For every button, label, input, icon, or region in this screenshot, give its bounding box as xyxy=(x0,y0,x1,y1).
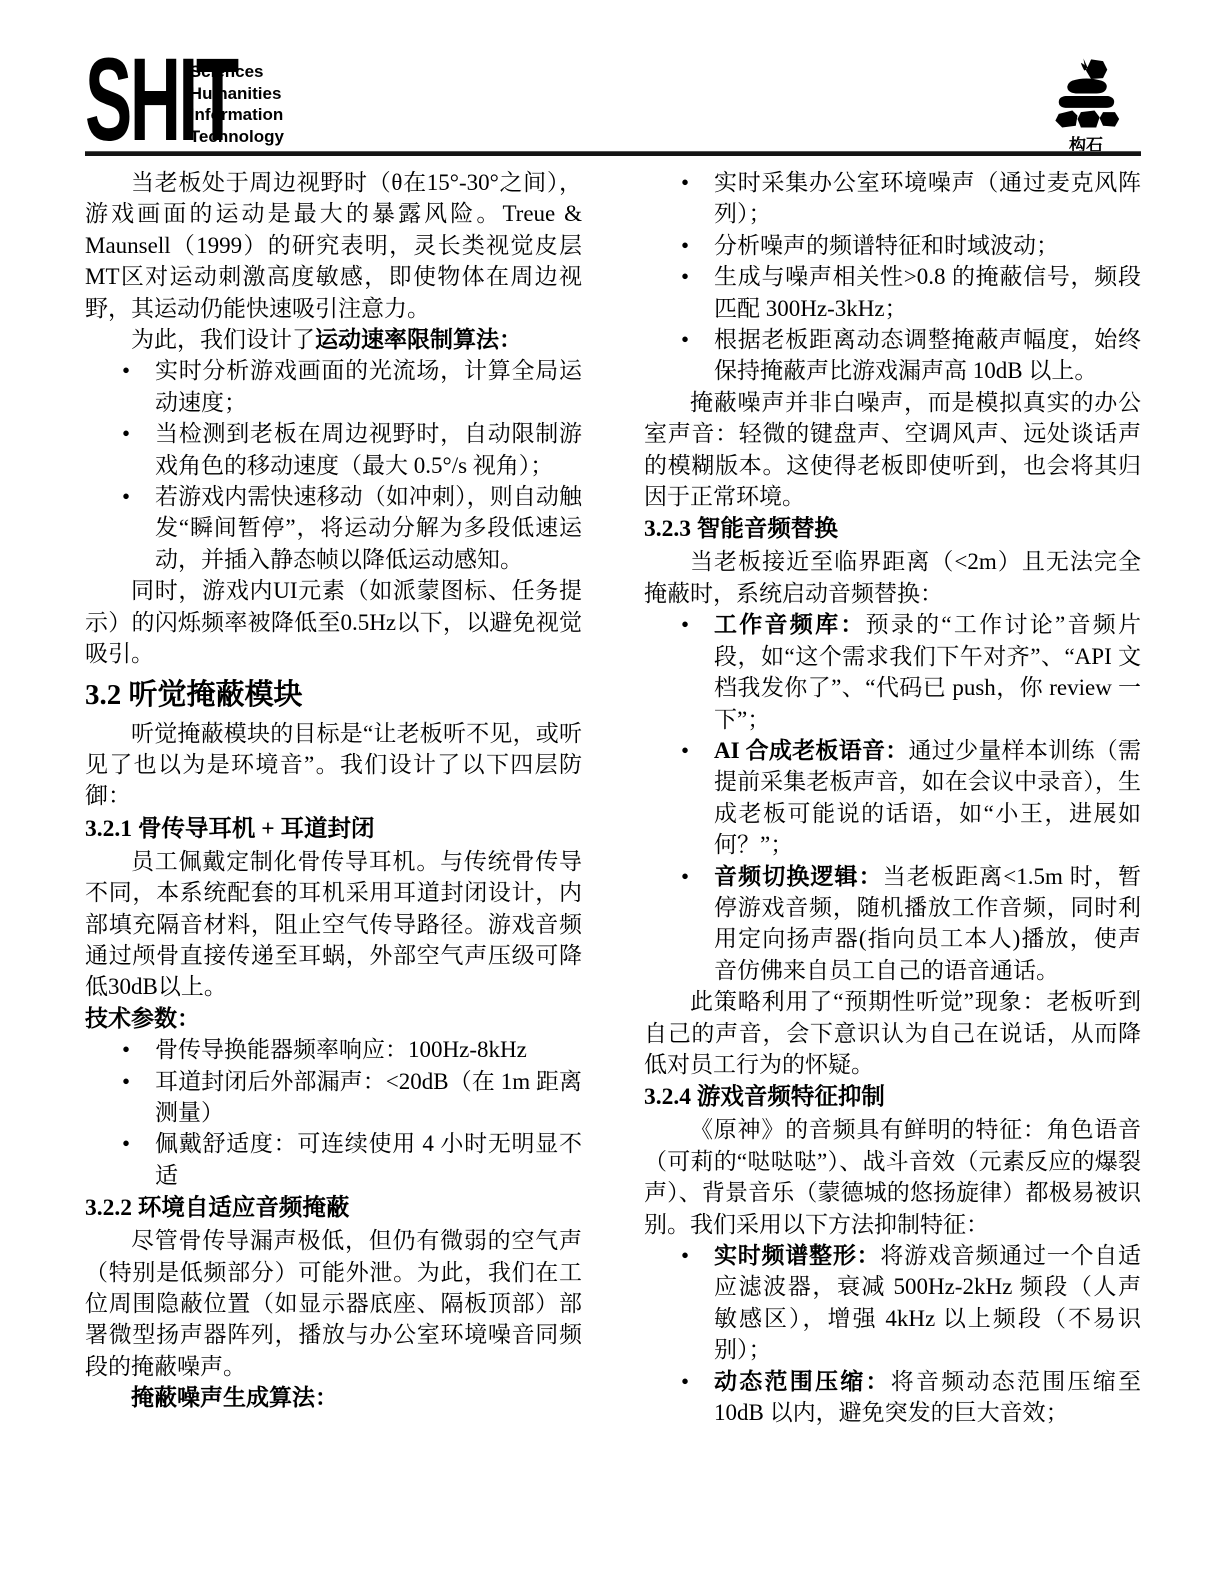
paragraph: 掩蔽噪声生成算法： xyxy=(85,1382,582,1413)
text-run: 同时，游戏内UI元素（如派蒙图标、任务提示）的闪烁频率被降低至0.5Hz以下，以… xyxy=(85,578,582,666)
bold-text-run: 技术参数： xyxy=(85,1006,200,1031)
subsection-heading: 3.2.2 环境自适应音频掩蔽 xyxy=(85,1192,582,1225)
text-run: 根据老板距离动态调整掩蔽声幅度，始终保持掩蔽声比游戏漏声高 10dB 以上。 xyxy=(714,327,1141,383)
text-run: 当检测到老板在周边视野时，自动限制游戏角色的移动速度（最大 0.5°/s 视角）… xyxy=(155,421,582,477)
subsection-heading: 3.2.1 骨传导耳机 + 耳道封闭 xyxy=(85,813,582,846)
bullet-list: 实时采集办公室环境噪声（通过麦克风阵列）；分析噪声的频谱特征和时域波动；生成与噪… xyxy=(644,167,1141,387)
journal-logo: SHIT xyxy=(85,52,237,148)
paragraph: 同时，游戏内UI元素（如派蒙图标、任务提示）的闪烁频率被降低至0.5Hz以下，以… xyxy=(85,575,582,669)
rock-cairn-icon xyxy=(1043,56,1129,136)
bullet-item: 当检测到老板在周边视野时，自动限制游戏角色的移动速度（最大 0.5°/s 视角）… xyxy=(85,418,582,481)
paragraph: 为此，我们设计了运动速率限制算法： xyxy=(85,324,582,355)
left-column: 当老板处于周边视野时（θ在15°-30°之间），游戏画面的运动是最大的暴露风险。… xyxy=(85,167,582,1428)
text-run: 佩戴舒适度：可连续使用 4 小时无明显不适 xyxy=(155,1131,582,1187)
bullet-list: 工作音频库：预录的“工作讨论”音频片段，如“这个需求我们下午对齐”、“API 文… xyxy=(644,609,1141,986)
bullet-item: 佩戴舒适度：可连续使用 4 小时无明显不适 xyxy=(85,1128,582,1191)
bold-text-run: 动态范围压缩： xyxy=(714,1369,891,1394)
bullet-item: 工作音频库：预录的“工作讨论”音频片段，如“这个需求我们下午对齐”、“API 文… xyxy=(644,609,1141,735)
text-run: 若游戏内需快速移动（如冲刺），则自动触发“瞬间暂停”，将运动分解为多段低速运动，… xyxy=(155,484,582,572)
bullet-item: 动态范围压缩：将音频动态范围压缩至 10dB 以内，避免突发的巨大音效； xyxy=(644,1366,1141,1429)
text-run: 分析噪声的频谱特征和时域波动； xyxy=(714,233,1059,258)
bullet-list: 实时分析游戏画面的光流场，计算全局运动速度；当检测到老板在周边视野时，自动限制游… xyxy=(85,355,582,575)
bullet-item: 音频切换逻辑：当老板距离<1.5m 时，暂停游戏音频，随机播放工作音频，同时利用… xyxy=(644,861,1141,987)
text-run: 员工佩戴定制化骨传导耳机。与传统骨传导不同，本系统配套的耳机采用耳道封闭设计，内… xyxy=(85,849,582,1000)
paragraph: 听觉掩蔽模块的目标是“让老板听不见，或听见了也以为是环境音”。我们设计了以下四层… xyxy=(85,718,582,812)
journal-header: SHIT Sciences Humanities Information Tec… xyxy=(85,52,1141,152)
paragraph: 此策略利用了“预期性听觉”现象：老板听到自己的声音，会下意识认为自己在说话，从而… xyxy=(644,986,1141,1080)
subsection-heading: 3.2.4 游戏音频特征抑制 xyxy=(644,1081,1141,1114)
text-run: 当老板接近至临界距离（<2m）且无法完全掩蔽时，系统启动音频替换： xyxy=(644,549,1141,605)
document-page: SHIT Sciences Humanities Information Tec… xyxy=(0,0,1224,1584)
text-run: 《原神》的音频具有鲜明的特征：角色语音（可莉的“哒哒哒”）、战斗音效（元素反应的… xyxy=(644,1117,1141,1236)
paragraph: 员工佩戴定制化骨传导耳机。与传统骨传导不同，本系统配套的耳机采用耳道封闭设计，内… xyxy=(85,846,582,1003)
text-run: 耳道封闭后外部漏声：<20dB（在 1m 距离测量） xyxy=(155,1069,582,1125)
bullet-item: 实时频谱整形：将游戏音频通过一个自适应滤波器，衰减 500Hz-2kHz 频段（… xyxy=(644,1240,1141,1366)
section-heading: 3.2 听觉掩蔽模块 xyxy=(85,675,582,715)
bullet-item: 若游戏内需快速移动（如冲刺），则自动触发“瞬间暂停”，将运动分解为多段低速运动，… xyxy=(85,481,582,575)
text-run: 听觉掩蔽模块的目标是“让老板听不见，或听见了也以为是环境音”。我们设计了以下四层… xyxy=(85,721,582,809)
paragraph: 《原神》的音频具有鲜明的特征：角色语音（可莉的“哒哒哒”）、战斗音效（元素反应的… xyxy=(644,1114,1141,1240)
journal-logo-block: SHIT Sciences Humanities Information Tec… xyxy=(85,52,284,148)
subsection-heading: 3.2.3 智能音频替换 xyxy=(644,513,1141,546)
bullet-item: AI 合成老板语音：通过少量样本训练（需提前采集老板声音，如在会议中录音），生成… xyxy=(644,735,1141,861)
paragraph: 当老板接近至临界距离（<2m）且无法完全掩蔽时，系统启动音频替换： xyxy=(644,546,1141,609)
text-run: 为此，我们设计了 xyxy=(131,327,315,352)
paragraph: 尽管骨传导漏声极低，但仍有微弱的空气声（特别是低频部分）可能外泄。为此，我们在工… xyxy=(85,1225,582,1382)
text-run: 实时分析游戏画面的光流场，计算全局运动速度； xyxy=(155,358,582,414)
text-run: 生成与噪声相关性>0.8 的掩蔽信号，频段匹配 300Hz-3kHz； xyxy=(714,264,1141,320)
bullet-item: 耳道封闭后外部漏声：<20dB（在 1m 距离测量） xyxy=(85,1066,582,1129)
bullet-item: 实时采集办公室环境噪声（通过麦克风阵列）； xyxy=(644,167,1141,230)
article-body: 当老板处于周边视野时（θ在15°-30°之间），游戏画面的运动是最大的暴露风险。… xyxy=(85,167,1141,1428)
text-run: 骨传导换能器频率响应：100Hz-8kHz xyxy=(155,1037,527,1062)
text-run: 掩蔽噪声并非白噪声，而是模拟真实的办公室声音：轻微的键盘声、空调风声、远处谈话声… xyxy=(644,390,1141,509)
header-rule xyxy=(85,151,1141,156)
bullet-item: 分析噪声的频谱特征和时域波动； xyxy=(644,230,1141,261)
bullet-list: 骨传导换能器频率响应：100Hz-8kHz耳道封闭后外部漏声：<20dB（在 1… xyxy=(85,1034,582,1191)
paragraph: 掩蔽噪声并非白噪声，而是模拟真实的办公室声音：轻微的键盘声、空调风声、远处谈话声… xyxy=(644,387,1141,513)
bullet-item: 根据老板距离动态调整掩蔽声幅度，始终保持掩蔽声比游戏漏声高 10dB 以上。 xyxy=(644,324,1141,387)
bullet-item: 生成与噪声相关性>0.8 的掩蔽信号，频段匹配 300Hz-3kHz； xyxy=(644,261,1141,324)
text-run: 当老板处于周边视野时（θ在15°-30°之间），游戏画面的运动是最大的暴露风险。… xyxy=(85,170,582,321)
paragraph: 当老板处于周边视野时（θ在15°-30°之间），游戏画面的运动是最大的暴露风险。… xyxy=(85,167,582,324)
text-run: 实时采集办公室环境噪声（通过麦克风阵列）； xyxy=(714,170,1141,226)
text-run: 尽管骨传导漏声极低，但仍有微弱的空气声（特别是低频部分）可能外泄。为此，我们在工… xyxy=(85,1228,582,1379)
bullet-list: 实时频谱整形：将游戏音频通过一个自适应滤波器，衰减 500Hz-2kHz 频段（… xyxy=(644,1240,1141,1428)
bullet-item: 实时分析游戏画面的光流场，计算全局运动速度； xyxy=(85,355,582,418)
bold-text-run: 工作音频库： xyxy=(714,612,866,637)
paragraph: 技术参数： xyxy=(85,1003,582,1034)
bold-text-run: 掩蔽噪声生成算法： xyxy=(131,1385,338,1410)
bullet-item: 骨传导换能器频率响应：100Hz-8kHz xyxy=(85,1034,582,1065)
bold-text-run: 运动速率限制算法： xyxy=(315,327,522,352)
bold-text-run: 实时频谱整形： xyxy=(714,1243,880,1268)
bold-text-run: 音频切换逻辑： xyxy=(714,864,883,889)
text-run: 此策略利用了“预期性听觉”现象：老板听到自己的声音，会下意识认为自己在说话，从而… xyxy=(644,989,1141,1077)
publisher-stamp: 构石 xyxy=(1031,52,1141,155)
bold-text-run: AI 合成老板语音： xyxy=(714,738,909,763)
right-column: 实时采集办公室环境噪声（通过麦克风阵列）；分析噪声的频谱特征和时域波动；生成与噪… xyxy=(644,167,1141,1428)
